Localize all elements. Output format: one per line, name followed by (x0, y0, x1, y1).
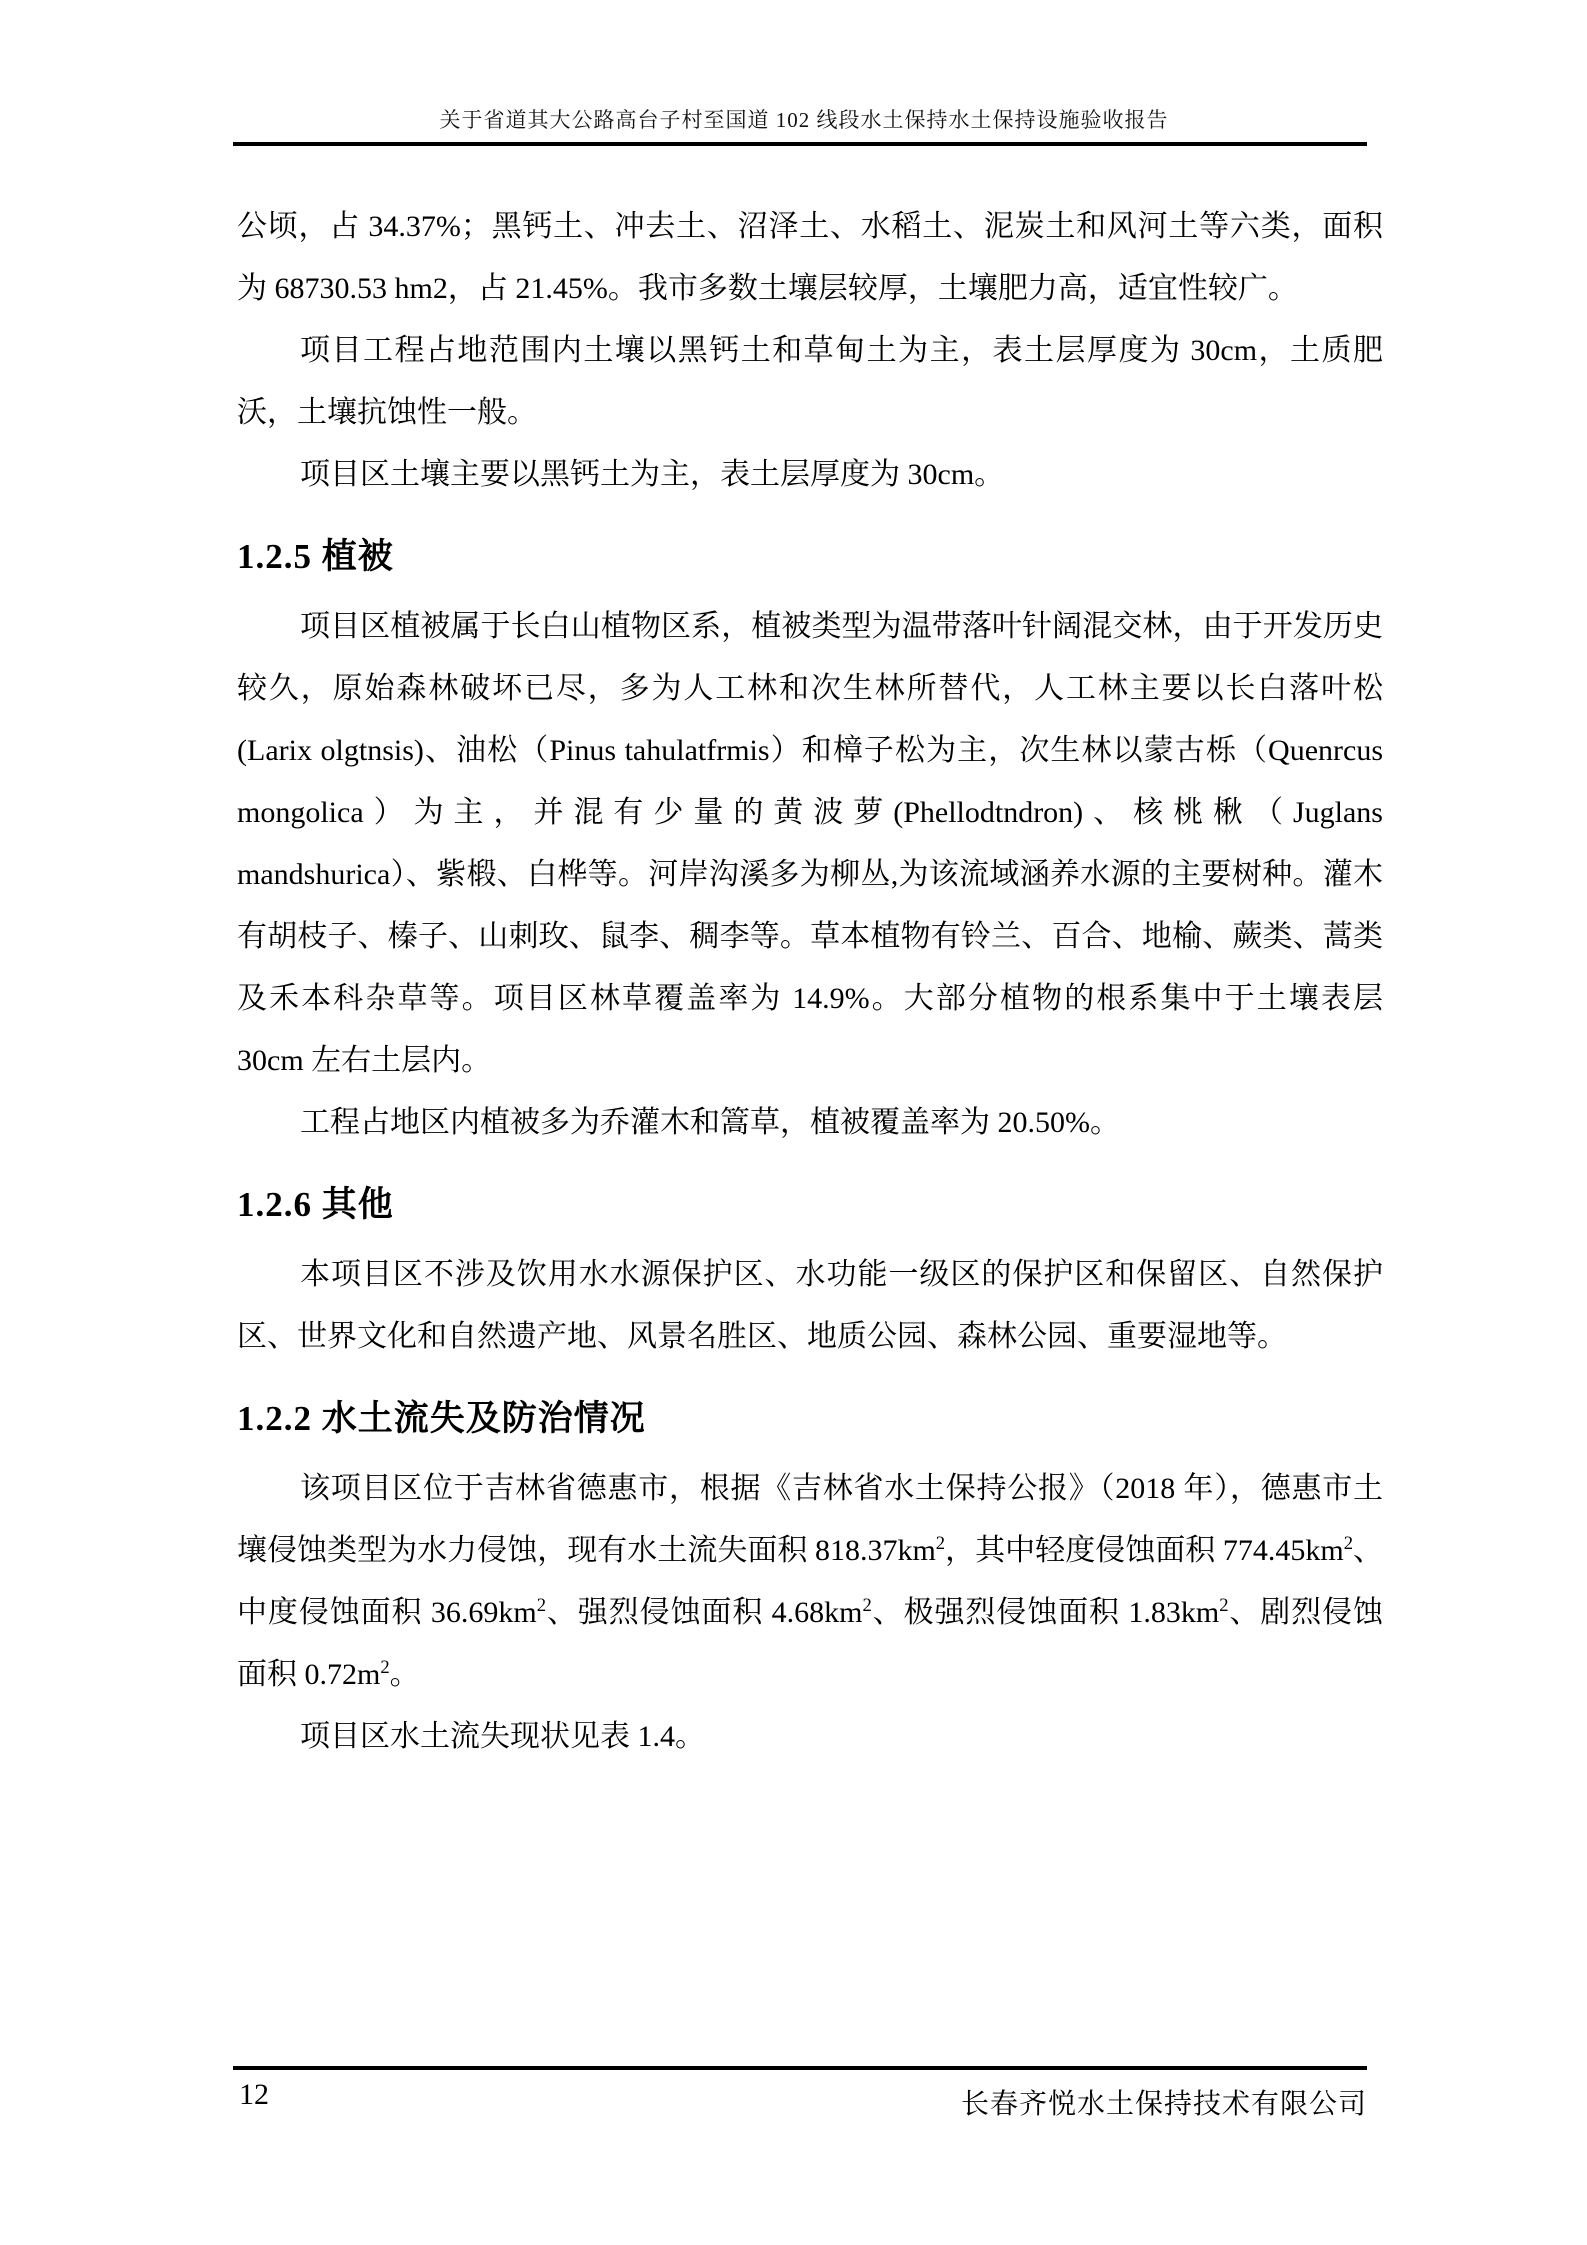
superscript: 2 (537, 1595, 546, 1616)
paragraph-erosion-table-reference: 项目区水土流失现状见表 1.4。 (237, 1706, 1383, 1768)
document-body: 公顷，占 34.37%；黑钙土、冲去土、沼泽土、水稻土、泥炭土和风河土等六类，面… (237, 196, 1383, 1768)
footer-company-name: 长春齐悦水土保持技术有限公司 (237, 2082, 1367, 2122)
superscript: 2 (380, 1657, 389, 1678)
heading-1-2-6-other: 1.2.6 其他 (237, 1170, 1383, 1240)
paragraph-project-footprint-soil: 项目工程占地范围内土壤以黑钙土和草甸土为主，表土层厚度为 30cm，土质肥沃，土… (237, 320, 1383, 444)
report-page: 关于省道其大公路高台子村至国道 102 线段水土保持水土保持设施验收报告 公顷，… (0, 0, 1587, 2245)
header-rule (233, 142, 1367, 146)
running-header-title: 关于省道其大公路高台子村至国道 102 线段水土保持水土保持设施验收报告 (237, 104, 1371, 134)
text-segment: 、强烈侵蚀面积 4.68km (546, 1596, 863, 1629)
paragraph-protected-areas: 本项目区不涉及饮用水水源保护区、水功能一级区的保护区和保留区、自然保护区、世界文… (237, 1244, 1383, 1368)
heading-1-2-2-soil-erosion: 1.2.2 水土流失及防治情况 (237, 1384, 1383, 1454)
paragraph-project-area-soil: 项目区土壤主要以黑钙土为主，表土层厚度为 30cm。 (237, 444, 1383, 506)
paragraph-vegetation-description: 项目区植被属于长白山植物区系，植被类型为温带落叶针阔混交林，由于开发历史较久，原… (237, 596, 1383, 1092)
superscript: 2 (936, 1533, 945, 1554)
heading-1-2-5-vegetation: 1.2.5 植被 (237, 522, 1383, 592)
text-segment: 。 (390, 1658, 420, 1691)
paragraph-erosion-statistics: 该项目区位于吉林省德惠市，根据《吉林省水土保持公报》（2018 年），德惠市土壤… (237, 1458, 1383, 1706)
text-segment: ，其中轻度侵蚀面积 774.45km (945, 1534, 1344, 1567)
paragraph-vegetation-coverage: 工程占地区内植被多为乔灌木和篙草，植被覆盖率为 20.50%。 (237, 1092, 1383, 1154)
footer-rule (233, 2066, 1367, 2070)
text-segment: 、极强烈侵蚀面积 1.83km (872, 1596, 1219, 1629)
superscript: 2 (1344, 1533, 1353, 1554)
paragraph-soil-classes: 公顷，占 34.37%；黑钙土、冲去土、沼泽土、水稻土、泥炭土和风河土等六类，面… (237, 196, 1383, 320)
superscript: 2 (862, 1595, 871, 1616)
